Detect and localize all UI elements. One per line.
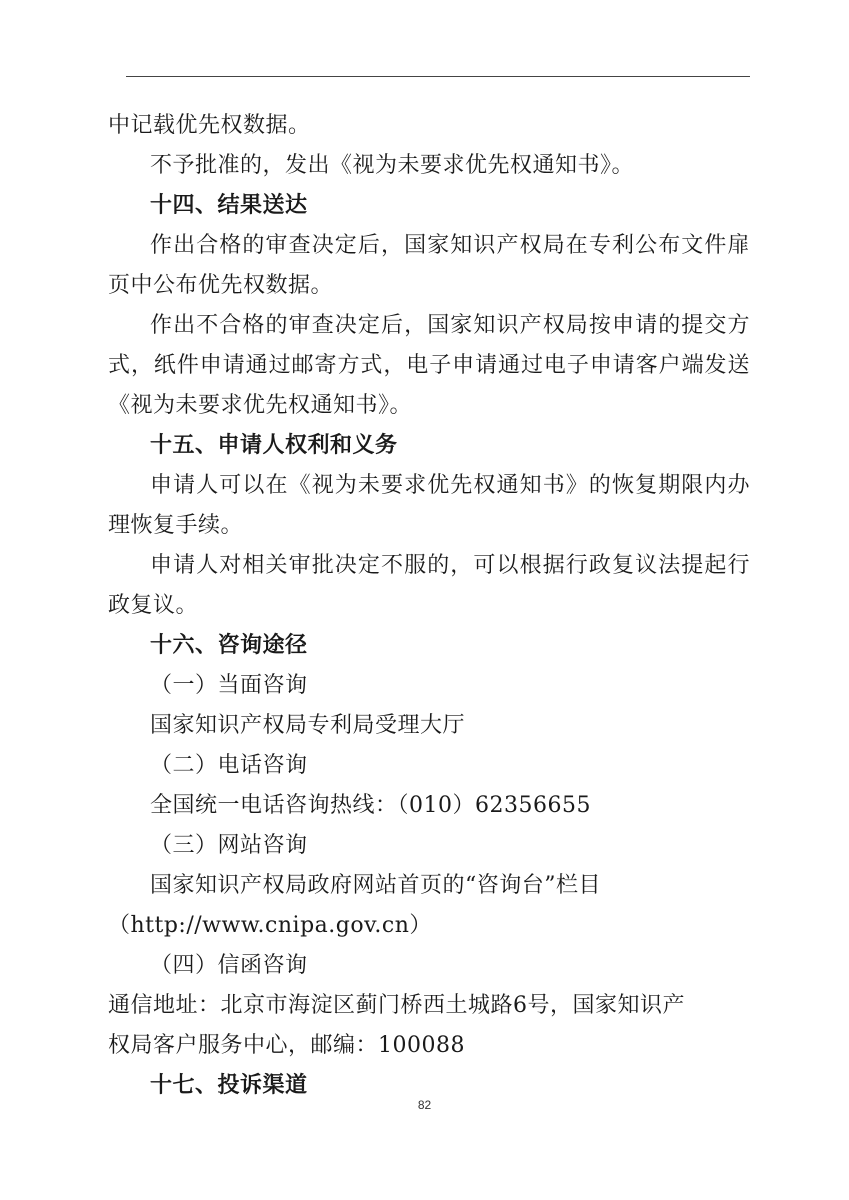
paragraph-line: 中记载优先权数据。 — [108, 111, 311, 141]
hotline-line: 全国统一电话咨询热线：（010）62356655 — [150, 791, 591, 821]
paragraph-line: 式，纸件申请通过邮寄方式，电子申请通过电子申请客户端发送 — [108, 351, 750, 381]
paragraph-line: 页中公布优先权数据。 — [108, 271, 333, 301]
paragraph-line: 政复议。 — [108, 591, 198, 621]
section-heading-16: 十六、咨询途径 — [150, 631, 308, 661]
subsection-title: （三）网站咨询 — [150, 831, 308, 861]
website-url: （http://www.cnipa.gov.cn） — [108, 911, 432, 941]
address-line: 权局客户服务中心，邮编：100088 — [108, 1031, 465, 1061]
page-number: 82 — [0, 1098, 849, 1112]
section-heading-14: 十四、结果送达 — [150, 191, 308, 221]
paragraph-line: 申请人可以在《视为未要求优先权通知书》的恢复期限内办 — [150, 471, 750, 501]
address-line: 通信地址：北京市海淀区蓟门桥西土城路6号，国家知识产 — [108, 991, 685, 1021]
paragraph-line: 《视为未要求优先权通知书》。 — [108, 391, 412, 421]
paragraph-line: 国家知识产权局专利局受理大厅 — [150, 711, 465, 741]
subsection-title: （四）信函咨询 — [150, 951, 308, 981]
section-heading-17: 十七、投诉渠道 — [150, 1071, 308, 1101]
paragraph-line: 作出合格的审查决定后，国家知识产权局在专利公布文件扉 — [150, 231, 750, 261]
paragraph-line: 理恢复手续。 — [108, 511, 243, 541]
paragraph-line: 作出不合格的审查决定后，国家知识产权局按申请的提交方 — [150, 311, 750, 341]
paragraph-line: 申请人对相关审批决定不服的，可以根据行政复议法提起行 — [150, 551, 750, 581]
section-heading-15: 十五、申请人权利和义务 — [150, 431, 398, 461]
paragraph-line: 国家知识产权局政府网站首页的“咨询台”栏目 — [150, 871, 601, 901]
header-rule — [126, 76, 750, 77]
paragraph-line: 不予批准的，发出《视为未要求优先权通知书》。 — [150, 151, 634, 181]
subsection-title: （一）当面咨询 — [150, 671, 308, 701]
subsection-title: （二）电话咨询 — [150, 751, 308, 781]
